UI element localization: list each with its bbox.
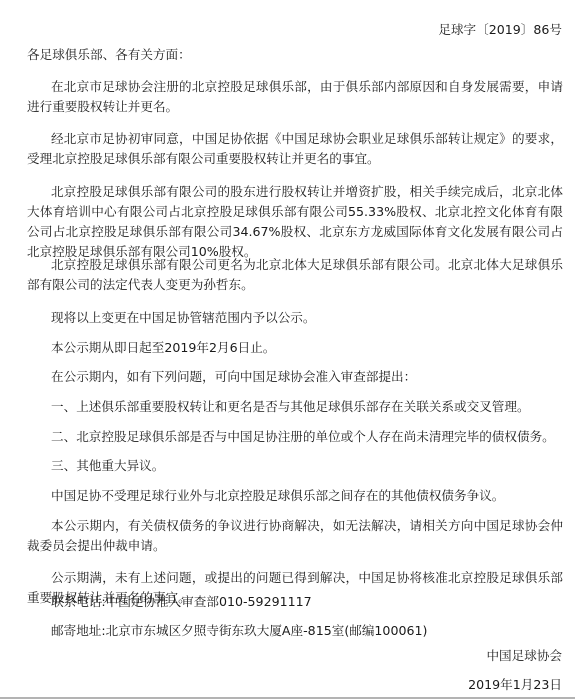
document-number: 足球字〔2019〕86号 <box>438 20 562 40</box>
list-item-2: 二、北京控股足球俱乐部是否与中国足协注册的单位或个人存在尚未清理完毕的债权债务。 <box>27 427 563 447</box>
signature-date: 2019年1月23日 <box>468 675 562 695</box>
contact-phone: 联系电话:中国足协准入审查部010-59291117 <box>27 592 563 612</box>
list-item-1: 一、上述俱乐部重要股权转让和更名是否与其他足球俱乐部存在关联关系或交叉管理。 <box>27 397 563 417</box>
mailing-address: 邮寄地址:北京市东城区夕照寺街东玖大厦A座-815室(邮编100061) <box>27 621 563 641</box>
salutation: 各足球俱乐部、各有关方面： <box>27 45 191 65</box>
paragraph-application: 在北京市足球协会注册的北京控股足球俱乐部，由于俱乐部内部原因和自身发展需要，申请… <box>27 77 563 117</box>
paragraph-rename: 北京控股足球俱乐部有限公司更名为北京北体大足球俱乐部有限公司。北京北体大足球俱乐… <box>27 255 563 295</box>
paragraph-period: 本公示期从即日起至2019年2月6日止。 <box>27 338 563 358</box>
paragraph-objection-intro: 在公示期内，如有下列问题，可向中国足球协会准入审查部提出： <box>27 367 563 387</box>
list-item-3: 三、其他重大异议。 <box>27 456 563 476</box>
signature-organization: 中国足球协会 <box>486 646 562 666</box>
paragraph-announcement: 现将以上变更在中国足协管辖范围内予以公示。 <box>27 308 563 328</box>
paragraph-arbitration: 本公示期内，有关债权债务的争议进行协商解决，如无法解决，请相关方向中国足球协会仲… <box>27 516 563 556</box>
paragraph-shareholders: 北京控股足球俱乐部有限公司的股东进行股权转让并增资扩股，相关手续完成后，北京北体… <box>27 182 563 262</box>
paragraph-disclaimer: 中国足协不受理足球行业外与北京控股足球俱乐部之间存在的其他债权债务争议。 <box>27 486 563 506</box>
paragraph-review: 经北京市足协初审同意，中国足协依据《中国足球协会职业足球俱乐部转让规定》的要求，… <box>27 129 563 169</box>
